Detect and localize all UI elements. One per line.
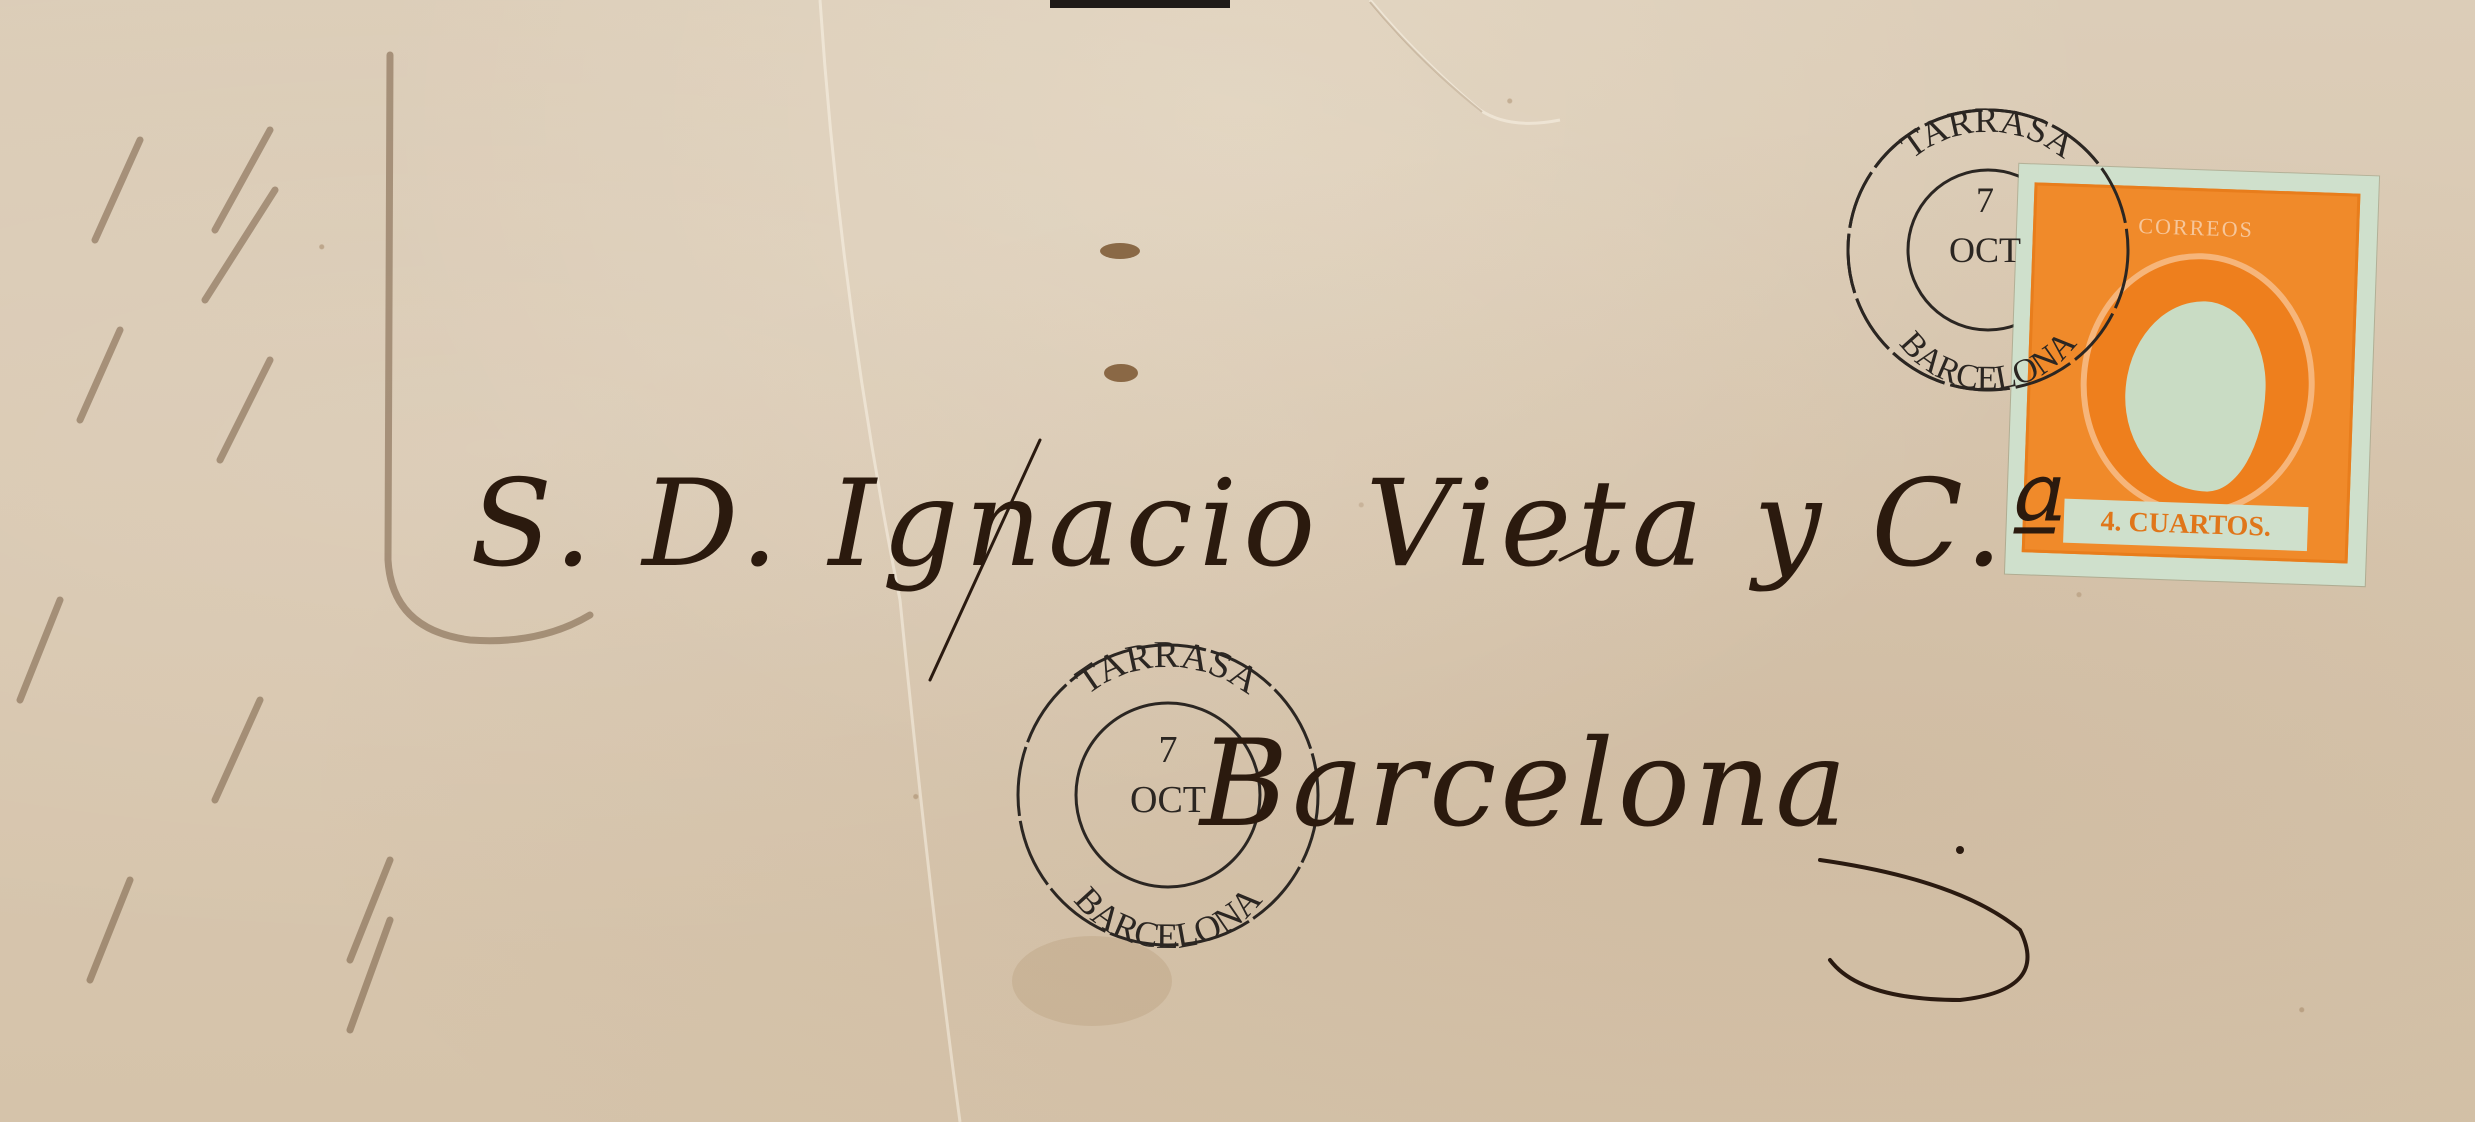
handwriting-flourishes	[0, 0, 2475, 1122]
envelope: CORREOS 4. CUARTOS. TARRASA BARCELONA 7 …	[0, 0, 2475, 1122]
